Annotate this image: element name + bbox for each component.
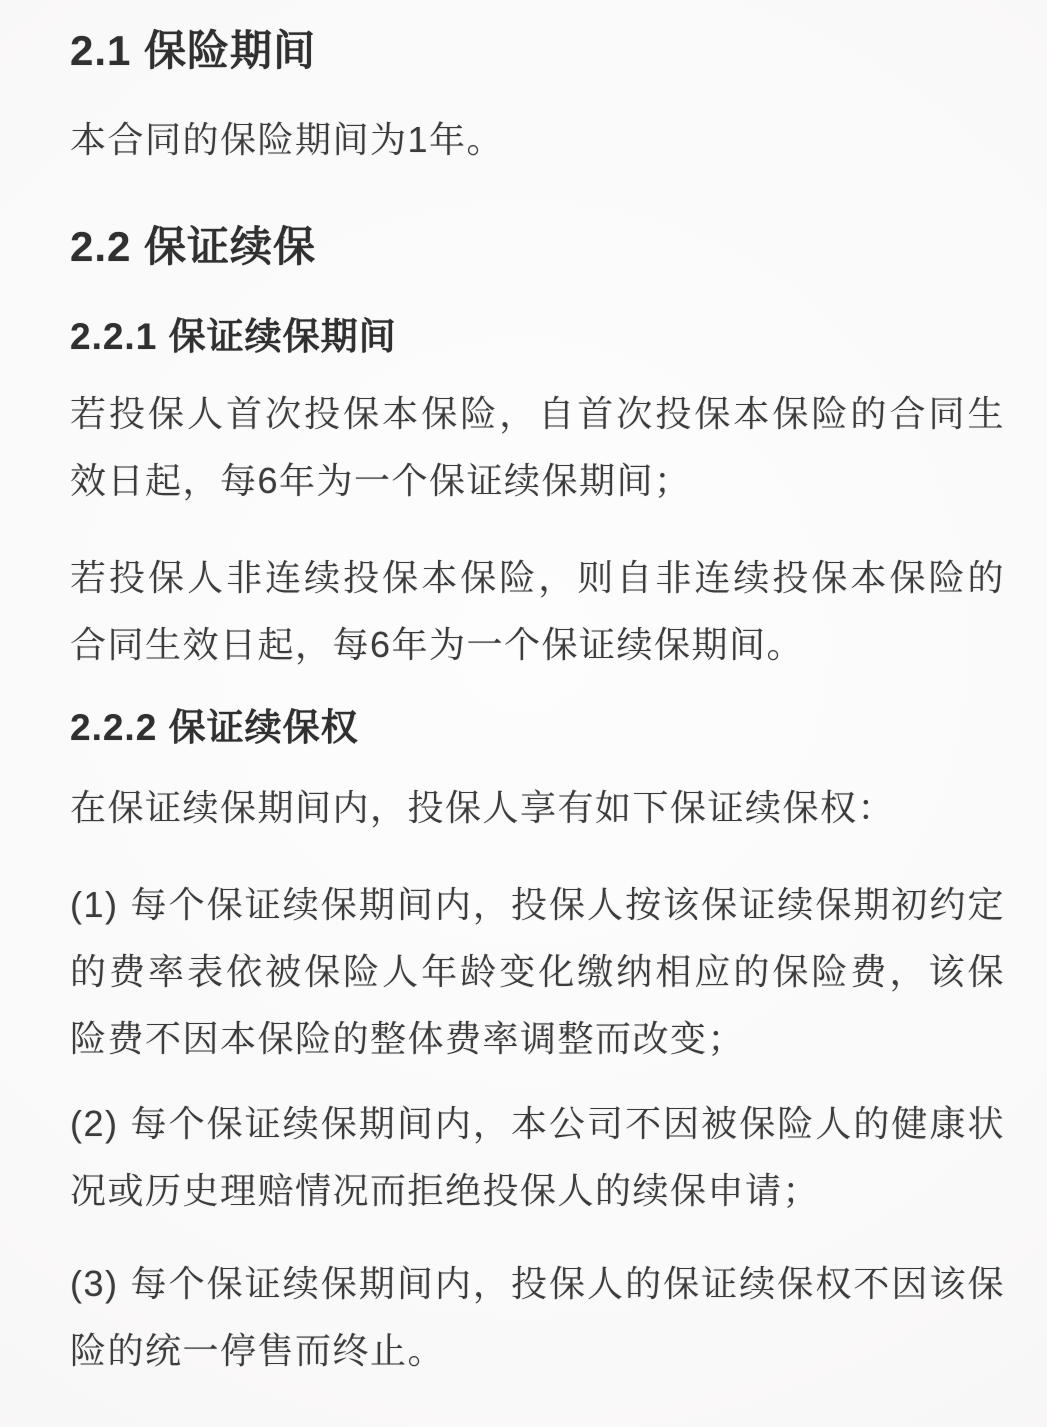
- clause-2-2-2-item-1: (1) 每个保证续保期间内，投保人按该保证续保期初约定的费率表依被保险人年龄变化…: [70, 871, 1005, 1072]
- clause-2-2-2-item-3: (3) 每个保证续保期间内，投保人的保证续保权不因该保险的统一停售而终止。: [70, 1250, 1005, 1384]
- clause-2-2-2-item-2: (2) 每个保证续保期间内，本公司不因被保险人的健康状况或历史理赔情况而拒绝投保…: [70, 1090, 1005, 1224]
- section-heading-2-1: 2.1 保险期间: [70, 22, 1005, 80]
- clause-2-2-1-paragraph-1: 若投保人首次投保本保险，自首次投保本保险的合同生效日起，每6年为一个保证续保期间…: [70, 380, 1005, 514]
- section-heading-2-2-1: 2.2.1 保证续保期间: [70, 310, 1005, 364]
- section-heading-2-2-2: 2.2.2 保证续保权: [70, 701, 1005, 755]
- clause-2-2-1-paragraph-2: 若投保人非连续投保本保险，则自非连续投保本保险的合同生效日起，每6年为一个保证续…: [70, 544, 1005, 678]
- clause-2-1-text: 本合同的保险期间为1年。: [70, 106, 1005, 173]
- section-heading-2-2: 2.2 保证续保: [70, 218, 1005, 276]
- clause-2-2-2-intro: 在保证续保期间内，投保人享有如下保证续保权：: [70, 774, 1005, 841]
- insurance-contract-document: 2.1 保险期间 本合同的保险期间为1年。 2.2 保证续保 2.2.1 保证续…: [70, 22, 1005, 1384]
- document-page: { "theme": { "background_color": "#faf9f…: [0, 0, 1047, 1427]
